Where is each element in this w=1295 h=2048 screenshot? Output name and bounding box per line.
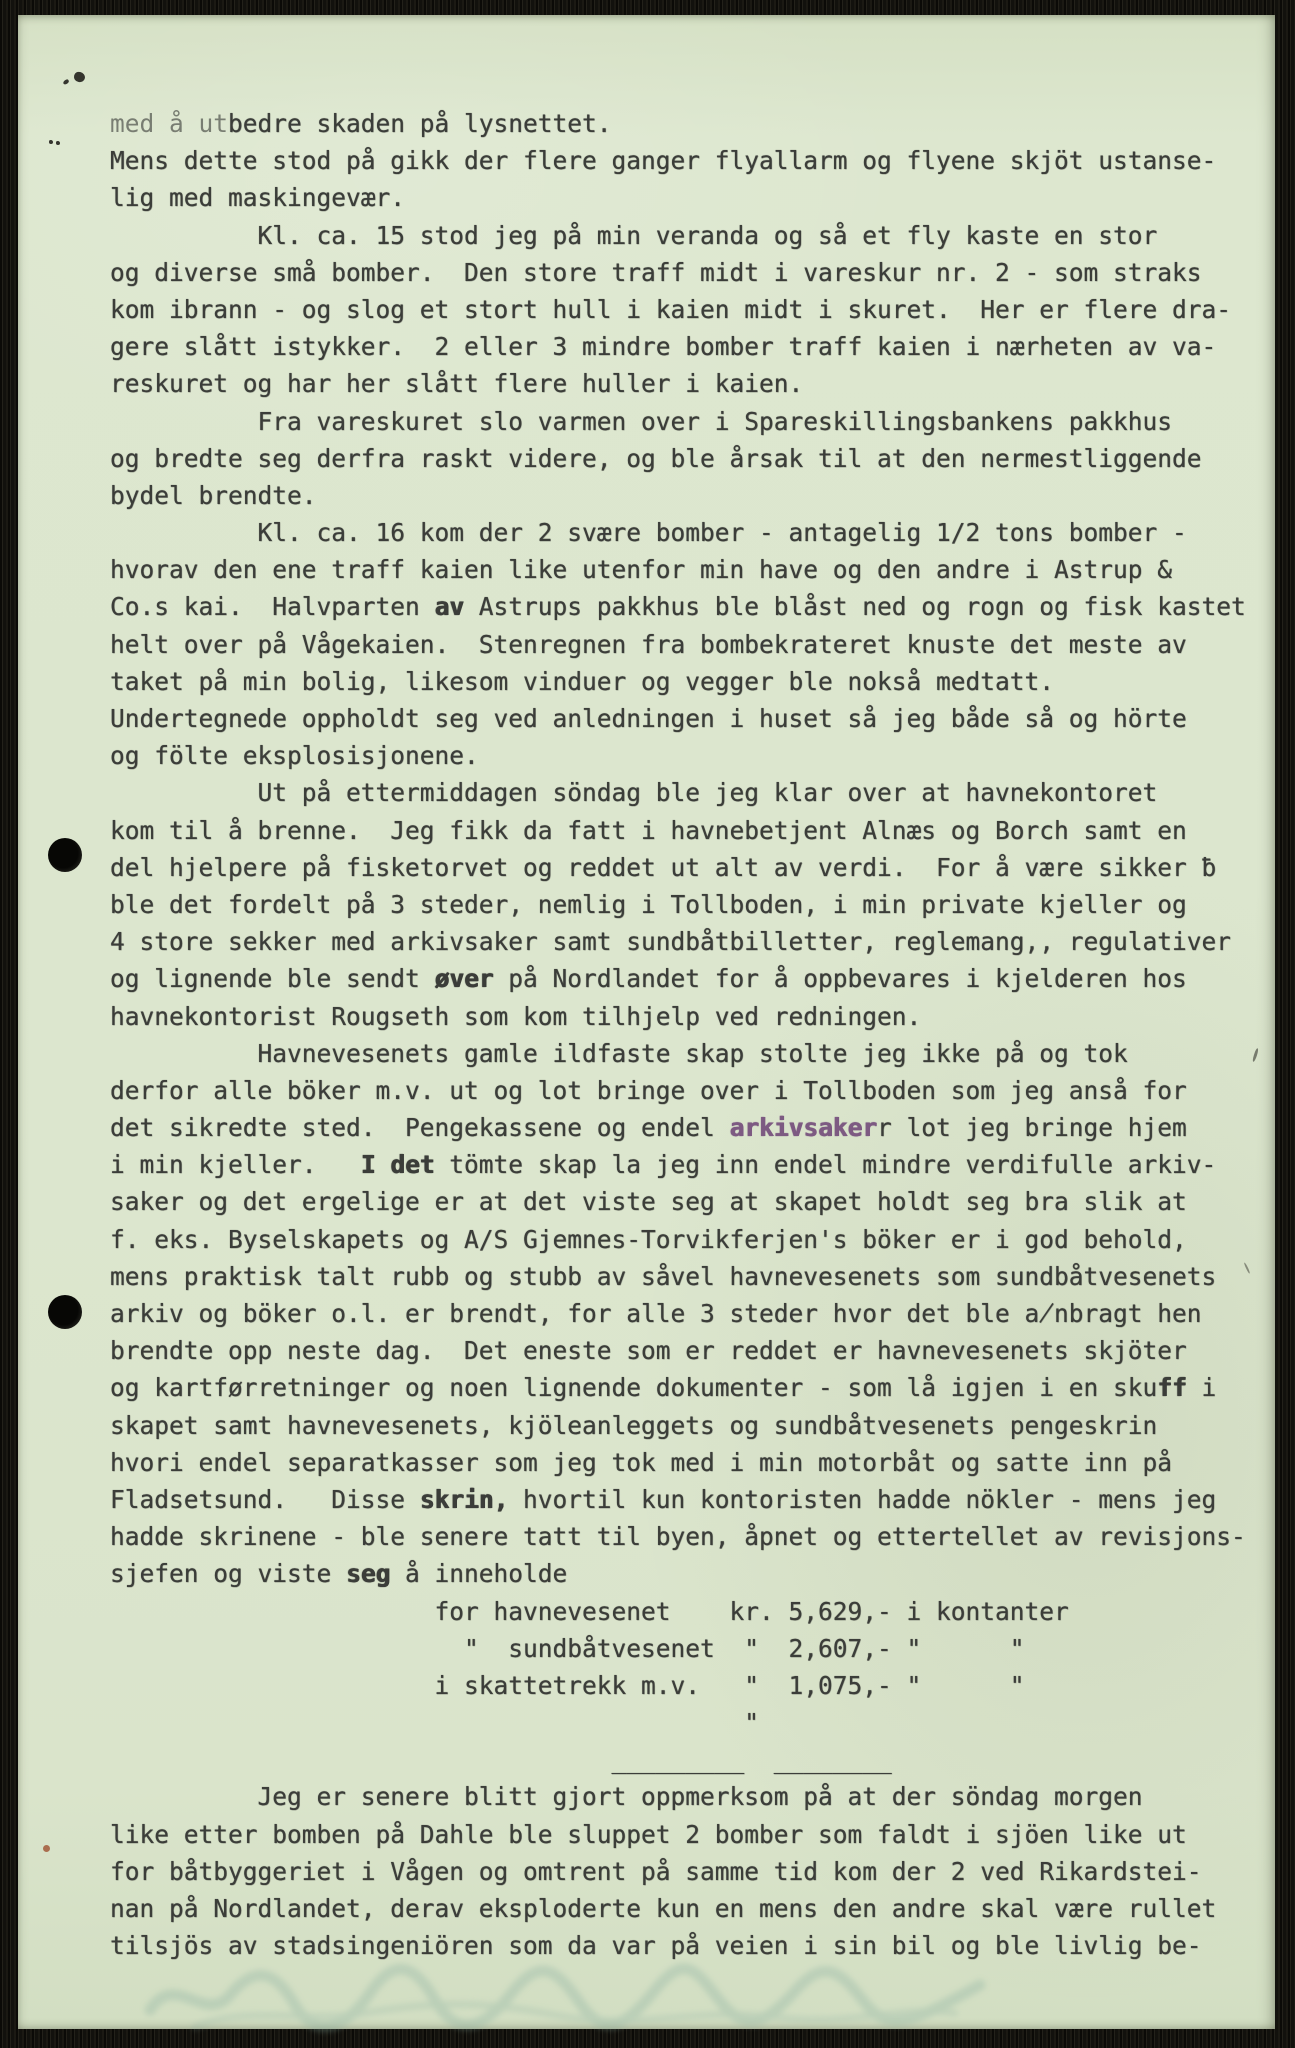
document-line: brendte opp neste dag. Det eneste som er… xyxy=(110,1332,1270,1369)
overtyped-text: seg xyxy=(346,1559,390,1588)
document-line: f. eks. Byselskapets og A/S Gjemnes-Torv… xyxy=(110,1221,1270,1258)
document-line: helt over på Vågekaien. Stenregnen fra b… xyxy=(110,626,1270,663)
document-line: og lignende ble sendt øver på Nordlandet… xyxy=(110,960,1270,997)
document-line: og bredte seg derfra raskt videre, og bl… xyxy=(110,440,1270,477)
document-line: lig med maskingevær. xyxy=(110,179,1270,216)
document-line: gere slått istykker. 2 eller 3 mindre bo… xyxy=(110,328,1270,365)
document-line: med å utbedre skaden på lysnettet. xyxy=(110,105,1270,142)
document-line: Kl. ca. 16 kom der 2 svære bomber - anta… xyxy=(110,514,1270,551)
document-line: Ut på ettermiddagen söndag ble jeg klar … xyxy=(110,774,1270,811)
document-line: derfor alle böker m.v. ut og lot bringe … xyxy=(110,1072,1270,1109)
document-line: og fölte eksplosisjonene. xyxy=(110,737,1270,774)
document-line: Fladsetsund. Disse skrin, hvortil kun ko… xyxy=(110,1481,1270,1518)
document-line: 4 store sekker med arkivsaker samt sundb… xyxy=(110,923,1270,960)
overtyped-text: I det xyxy=(361,1150,435,1179)
document-line: Jeg er senere blitt gjort oppmerksom på … xyxy=(110,1778,1270,1815)
document-line: Havnevesenets gamle ildfaste skap stolte… xyxy=(110,1035,1270,1072)
document-line: hadde skrinene - ble senere tatt til bye… xyxy=(110,1518,1270,1555)
typewritten-text: med å utbedre skaden på lysnettet.Mens d… xyxy=(110,105,1270,1964)
punch-hole-bottom xyxy=(48,1295,82,1329)
document-line: saker og det ergelige er at det viste se… xyxy=(110,1183,1270,1220)
document-line: del hjelpere på fisketorvet og reddet ut… xyxy=(110,849,1270,886)
document-line: sjefen og viste seg å inneholde xyxy=(110,1555,1270,1592)
document-line: Kl. ca. 15 stod jeg på min veranda og så… xyxy=(110,217,1270,254)
document-line: og diverse små bomber. Den store traff m… xyxy=(110,254,1270,291)
document-line: kom ibrann - og slog et stort hull i kai… xyxy=(110,291,1270,328)
document-line: mens praktisk talt rubb og stubb av såve… xyxy=(110,1258,1270,1295)
document-line: hvorav den ene traff kaien like utenfor … xyxy=(110,551,1270,588)
document-line: Mens dette stod på gikk der flere ganger… xyxy=(110,142,1270,179)
document-line: skapet samt havnevesenets, kjöleanlegget… xyxy=(110,1407,1270,1444)
document-scan: med å utbedre skaden på lysnettet.Mens d… xyxy=(0,0,1295,2048)
document-line: for båtbyggeriet i Vågen og omtrent på s… xyxy=(110,1853,1270,1890)
document-line: " xyxy=(110,1704,1270,1741)
document-line: Fra vareskuret slo varmen over i Sparesk… xyxy=(110,403,1270,440)
document-line: havnekontorist Rougseth som kom tilhjelp… xyxy=(110,998,1270,1035)
bleed-through-handwriting xyxy=(135,1955,995,2040)
overtyped-text: skrin, xyxy=(420,1485,509,1514)
document-line: for havnevesenet kr. 5,629,- i kontanter xyxy=(110,1593,1270,1630)
overtyped-text: ff xyxy=(1157,1373,1187,1402)
pencil-dots-left-margin xyxy=(49,140,53,144)
document-line: arkiv og böker o.l. er brendt, for alle … xyxy=(110,1295,1270,1332)
overtyped-text: øver xyxy=(435,964,494,993)
overtyped-text: arkivsaker xyxy=(730,1113,878,1142)
document-line: Co.s kai. Halvparten av Astrups pakkhus … xyxy=(110,588,1270,625)
document-line: ble det fordelt på 3 steder, nemlig i To… xyxy=(110,886,1270,923)
pencil-dots-left-margin-2 xyxy=(56,141,60,145)
overtyped-text: av xyxy=(420,592,479,621)
document-line: nan på Nordlandet, derav eksploderte kun… xyxy=(110,1890,1270,1927)
document-line: det sikredte sted. Pengekassene og endel… xyxy=(110,1109,1270,1146)
punch-hole-top xyxy=(48,838,82,872)
overtyped-text: med å ut xyxy=(110,109,228,138)
document-line: like etter bomben på Dahle ble sluppet 2… xyxy=(110,1816,1270,1853)
document-line: kom til å brenne. Jeg fikk da fatt i hav… xyxy=(110,812,1270,849)
red-ink-dot-left-margin xyxy=(43,1845,50,1852)
document-line: og kartførretninger og noen lignende dok… xyxy=(110,1369,1270,1406)
document-line: hvori endel separatkasser som jeg tok me… xyxy=(110,1444,1270,1481)
document-line: " sundbåtvesenet " 2,607,- " " xyxy=(110,1630,1270,1667)
document-line: Undertegnede oppholdt seg ved anledninge… xyxy=(110,700,1270,737)
document-line: i min kjeller. I det tömte skap la jeg i… xyxy=(110,1146,1270,1183)
document-line: bydel brendte. xyxy=(110,477,1270,514)
document-line: reskuret og har her slått flere huller i… xyxy=(110,365,1270,402)
document-line: _________ ________ xyxy=(110,1741,1270,1778)
document-line: taket på min bolig, likesom vinduer og v… xyxy=(110,663,1270,700)
document-line: i skattetrekk m.v. " 1,075,- " " xyxy=(110,1667,1270,1704)
